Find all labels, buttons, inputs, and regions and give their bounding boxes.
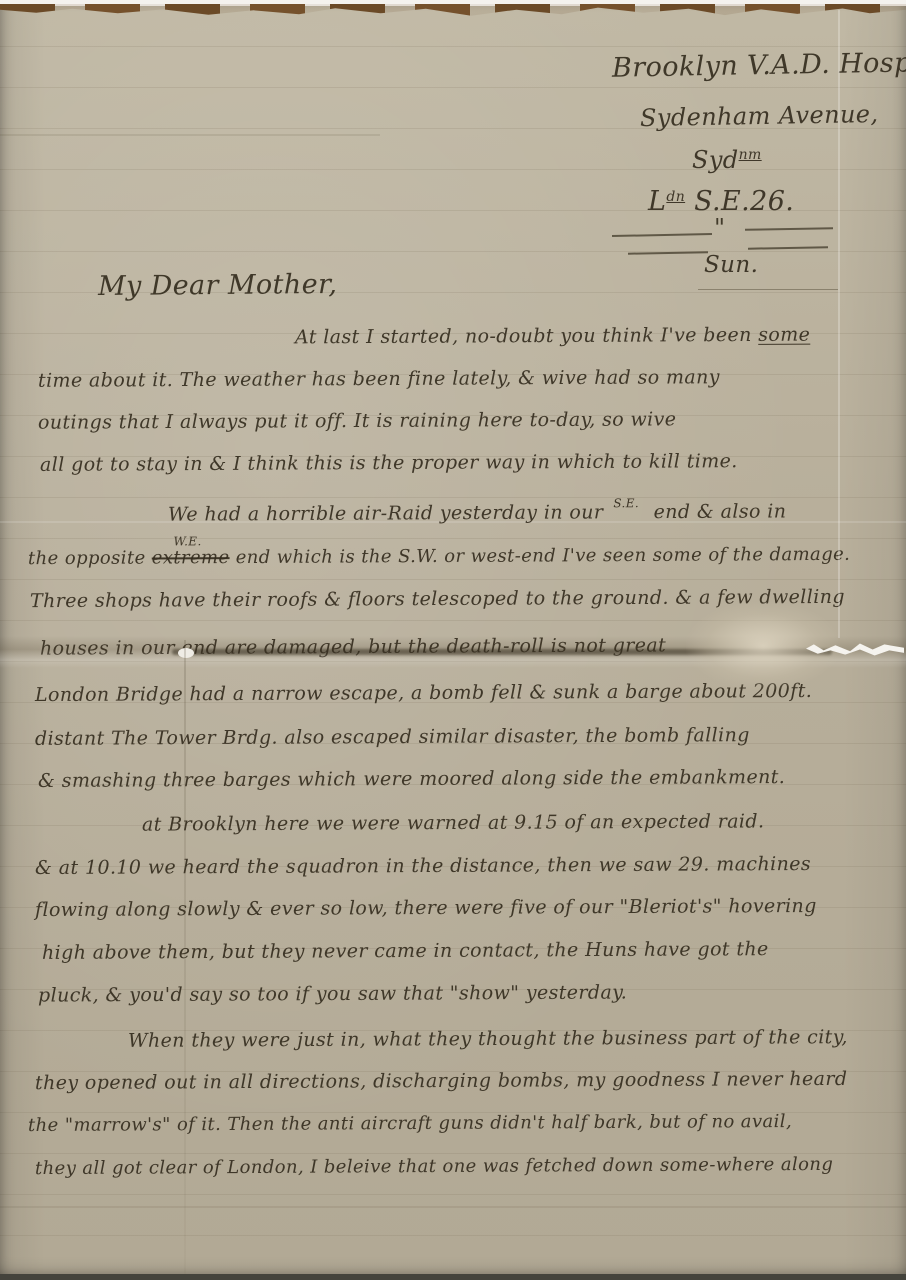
letter-line: time about it. The weather has been fine…: [38, 366, 720, 392]
crumpled-paper-patch: [686, 602, 840, 690]
letter-line: all got to stay in & I think this is the…: [40, 450, 738, 476]
letter-line: at Brooklyn here we were warned at 9.15 …: [142, 810, 764, 835]
postal-district: S.E.26.: [685, 186, 794, 217]
ditto-mark: ": [714, 214, 725, 242]
underlined-word: some: [758, 324, 810, 346]
postal-text: L: [648, 186, 666, 217]
crease-line: [0, 1206, 906, 1208]
day-underline: [698, 289, 838, 290]
line-text: We had a horrible air-Raid yesterday in …: [168, 501, 603, 525]
bottom-scan-edge: [0, 1274, 906, 1280]
struck-word: extreme: [152, 547, 230, 568]
line-text: the opposite: [28, 548, 152, 570]
line-text: end which is the S.W. or west-end I've s…: [230, 544, 851, 568]
letterhead-street: Sydenham Avenue,: [640, 100, 879, 132]
letter-line: they all got clear of London, I beleive …: [35, 1154, 833, 1179]
salutation: My Dear Mother,: [98, 269, 338, 302]
letter-line: the "marrow's" of it. Then the anti airc…: [28, 1111, 792, 1136]
day-written: Sun.: [704, 252, 758, 278]
vertical-crease: [184, 640, 186, 1274]
letter-line: they opened out in all directions, disch…: [35, 1068, 848, 1094]
letter-line: flowing along slowly & ever so low, ther…: [35, 895, 817, 921]
line-text: At last I started, no-doubt you think I'…: [295, 324, 758, 348]
town-superscript: nm: [739, 147, 762, 163]
letter-line: outings that I always put it off. It is …: [38, 408, 677, 433]
letter-line: high above them, but they never came in …: [42, 938, 769, 964]
line-text: end & also in: [647, 500, 786, 523]
letterhead-postal-line: Ldn S.E.26.: [648, 186, 794, 217]
postal-superscript: dn: [666, 189, 685, 205]
inserted-text-we: W.E.: [173, 534, 201, 548]
crease-line: [0, 134, 380, 136]
letterhead-hospital-name: Brooklyn V.A.D. Hosp.: [612, 47, 906, 83]
letter-line: & smashing three barges which were moore…: [38, 766, 785, 792]
vertical-crease: [838, 10, 840, 638]
letter-line: At last I started, no-doubt you think I'…: [295, 324, 810, 349]
letter-scan: Brooklyn V.A.D. Hosp. Sydenham Avenue, S…: [0, 0, 906, 1280]
letter-line: We had a horrible air-Raid yesterday in …: [168, 500, 786, 525]
paper-tear-small: [178, 648, 194, 658]
town-text: Syd: [692, 146, 739, 174]
corrected-word: extremeW.E.: [152, 547, 230, 568]
inserted-text-se: S.E.: [613, 496, 639, 510]
letterhead-town-abbrev: Sydnm: [692, 146, 762, 174]
letter-line: When they were just in, what they though…: [128, 1026, 848, 1052]
letter-line: distant The Tower Brdg. also escaped sim…: [35, 724, 750, 750]
letter-line: & at 10.10 we heard the squadron in the …: [35, 853, 811, 879]
letter-line: the opposite extremeW.E. end which is th…: [28, 544, 850, 569]
letter-line: pluck, & you'd say so too if you saw tha…: [38, 981, 627, 1006]
